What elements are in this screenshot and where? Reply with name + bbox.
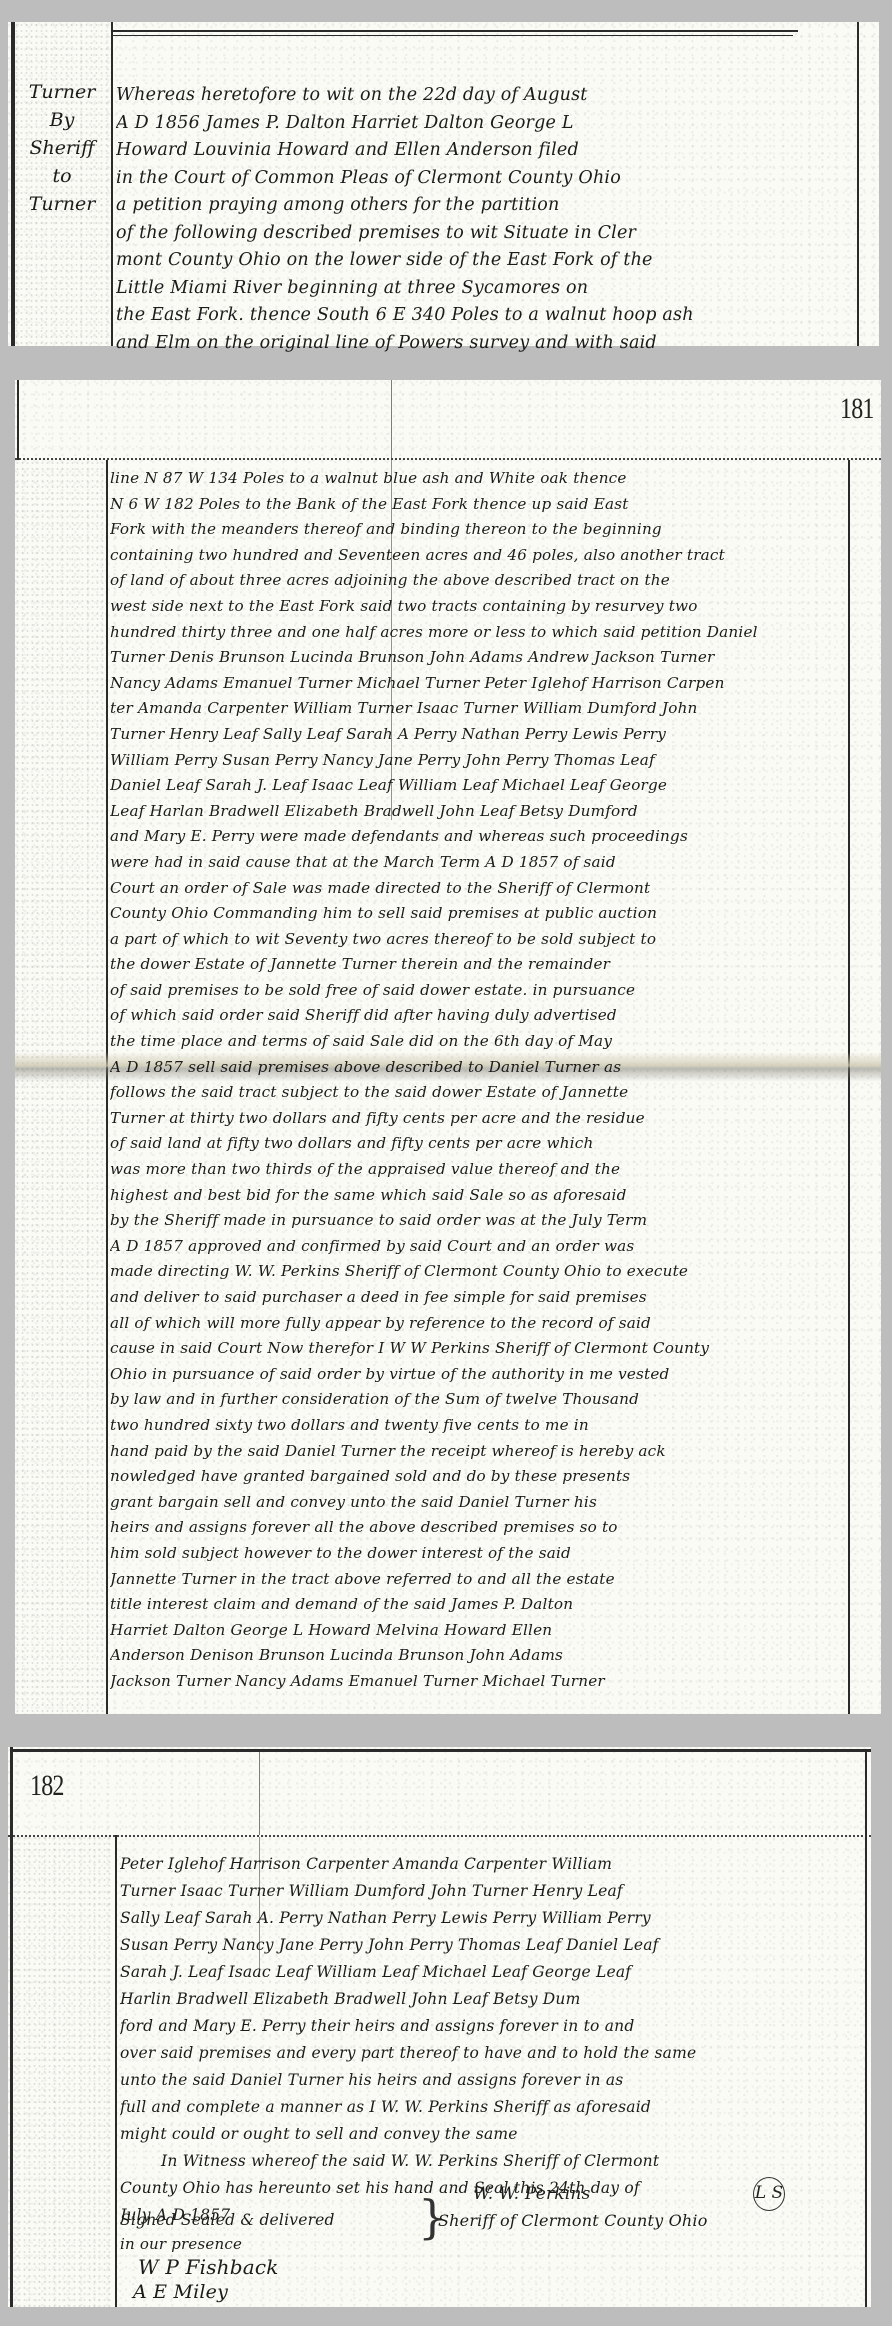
- text-line: two hundred sixty two dollars and twenty…: [110, 1413, 846, 1439]
- text-line: A D 1857 approved and confirmed by said …: [110, 1234, 846, 1260]
- text-line: a part of which to wit Seventy two acres…: [110, 927, 846, 953]
- page-number: 182: [30, 1769, 64, 1803]
- page-fragment-2: 181 line N 87 W 134 Poles to a walnut bl…: [15, 380, 881, 1714]
- margin-note-line: Sheriff: [14, 134, 110, 162]
- margin-rule: [106, 460, 108, 1714]
- text-line: of land of about three acres adjoining t…: [110, 568, 846, 594]
- page-fragment-1: Turner By Sheriff to Turner Whereas here…: [8, 22, 879, 346]
- text-line: A D 1857 sell said premises above descri…: [110, 1055, 846, 1081]
- text-line: Turner Henry Leaf Sally Leaf Sarah A Per…: [110, 722, 846, 748]
- text-line: Ohio in pursuance of said order by virtu…: [110, 1362, 846, 1388]
- text-line: Daniel Leaf Sarah J. Leaf Isaac Leaf Wil…: [110, 773, 846, 799]
- header-rule: [113, 30, 798, 32]
- page-fragment-3: 182 Peter Iglehof Harrison Carpenter Ama…: [8, 1747, 871, 2307]
- text-line: a petition praying among others for the …: [116, 192, 856, 220]
- text-line: mont County Ohio on the lower side of th…: [116, 247, 856, 275]
- text-line: of said premises to be sold free of said…: [110, 978, 846, 1004]
- margin-note-line: to: [14, 162, 110, 190]
- page-number: 181: [840, 392, 874, 426]
- text-line: Turner Denis Brunson Lucinda Brunson Joh…: [110, 645, 846, 671]
- text-line: Whereas heretofore to wit on the 22d day…: [116, 82, 856, 110]
- margin-rule: [111, 22, 113, 346]
- text-line: Court an order of Sale was made directed…: [110, 876, 846, 902]
- text-line: In Witness whereof the said W. W. Perkin…: [120, 2148, 864, 2175]
- text-line: of the following described premises to w…: [116, 220, 856, 248]
- text-line: William Perry Susan Perry Nancy Jane Per…: [110, 748, 846, 774]
- text-line: west side next to the East Fork said two…: [110, 594, 846, 620]
- left-border-rule: [10, 1747, 13, 2307]
- text-line: hundred thirty three and one half acres …: [110, 620, 846, 646]
- text-line: and Mary E. Perry were made defendants a…: [110, 824, 846, 850]
- text-line: Leaf Harlan Bradwell Elizabeth Bradwell …: [110, 799, 846, 825]
- text-line: Little Miami River beginning at three Sy…: [116, 275, 856, 303]
- margin-column: [15, 460, 105, 1714]
- margin-column: [12, 1835, 112, 2307]
- witness-signature: W P Fishback: [138, 2255, 279, 2279]
- deed-text: Peter Iglehof Harrison Carpenter Amanda …: [120, 1851, 864, 2229]
- text-line: Harlin Bradwell Elizabeth Bradwell John …: [120, 1986, 864, 2013]
- text-line: title interest claim and demand of the s…: [110, 1592, 846, 1618]
- header-rule-2: [113, 35, 793, 36]
- right-border-rule: [857, 22, 859, 346]
- text-line: made directing W. W. Perkins Sheriff of …: [110, 1259, 846, 1285]
- attestation-label: in our presence: [120, 2235, 242, 2253]
- text-line: in the Court of Common Pleas of Clermont…: [116, 165, 856, 193]
- text-line: hand paid by the said Daniel Turner the …: [110, 1439, 846, 1465]
- text-line: unto the said Daniel Turner his heirs an…: [120, 2067, 864, 2094]
- header-rule: [15, 458, 881, 460]
- text-line: by law and in further consideration of t…: [110, 1387, 846, 1413]
- text-line: Jackson Turner Nancy Adams Emanuel Turne…: [110, 1669, 846, 1695]
- text-line: Harriet Dalton George L Howard Melvina H…: [110, 1618, 846, 1644]
- text-line: containing two hundred and Seventeen acr…: [110, 543, 846, 569]
- text-line: the dower Estate of Jannette Turner ther…: [110, 952, 846, 978]
- text-line: over said premises and every part thereo…: [120, 2040, 864, 2067]
- text-line: Howard Louvinia Howard and Ellen Anderso…: [116, 137, 856, 165]
- text-line: Jannette Turner in the tract above refer…: [110, 1567, 846, 1593]
- text-line: Fork with the meanders thereof and bindi…: [110, 517, 846, 543]
- text-line: line N 87 W 134 Poles to a walnut blue a…: [110, 466, 846, 492]
- text-line: full and complete a manner as I W. W. Pe…: [120, 2094, 864, 2121]
- left-border-rule: [17, 380, 19, 460]
- witness-signature: A E Miley: [133, 2281, 228, 2303]
- text-line: Anderson Denison Brunson Lucinda Brunson…: [110, 1643, 846, 1669]
- deed-text: line N 87 W 134 Poles to a walnut blue a…: [110, 466, 846, 1695]
- text-line: cause in said Court Now therefor I W W P…: [110, 1336, 846, 1362]
- text-line: A D 1856 James P. Dalton Harriet Dalton …: [116, 110, 856, 138]
- deed-text: Whereas heretofore to wit on the 22d day…: [116, 82, 856, 357]
- text-line: were had in said cause that at the March…: [110, 850, 846, 876]
- header-rule: [8, 1835, 871, 1837]
- signature-title: Sheriff of Clermont County Ohio: [438, 2211, 708, 2230]
- text-line: Peter Iglehof Harrison Carpenter Amanda …: [120, 1851, 864, 1878]
- text-line: County Ohio Commanding him to sell said …: [110, 901, 846, 927]
- text-line: the East Fork. thence South 6 E 340 Pole…: [116, 302, 856, 330]
- text-line: by the Sheriff made in pursuance to said…: [110, 1208, 846, 1234]
- text-line: him sold subject however to the dower in…: [110, 1541, 846, 1567]
- header-column-rule: [391, 380, 392, 458]
- text-line: Turner at thirty two dollars and fifty c…: [110, 1106, 846, 1132]
- text-line: of which said order said Sheriff did aft…: [110, 1003, 846, 1029]
- text-line: all of which will more fully appear by r…: [110, 1311, 846, 1337]
- margin-note-line: Turner: [14, 78, 110, 106]
- seal-icon: L S: [753, 2177, 785, 2211]
- signature-name: W. W. Perkins: [473, 2184, 591, 2204]
- text-line: Sally Leaf Sarah A. Perry Nathan Perry L…: [120, 1905, 864, 1932]
- text-line: N 6 W 182 Poles to the Bank of the East …: [110, 492, 846, 518]
- text-line: heirs and assigns forever all the above …: [110, 1515, 846, 1541]
- text-line: highest and best bid for the same which …: [110, 1183, 846, 1209]
- text-line: Nancy Adams Emanuel Turner Michael Turne…: [110, 671, 846, 697]
- margin-note: Turner By Sheriff to Turner: [14, 78, 110, 218]
- attestation-label: Signed Sealed & delivered: [120, 2211, 335, 2229]
- margin-note-line: Turner: [14, 190, 110, 218]
- text-line: grant bargain sell and convey unto the s…: [110, 1490, 846, 1516]
- text-line: Turner Isaac Turner William Dumford John…: [120, 1878, 864, 1905]
- text-line: ter Amanda Carpenter William Turner Isaa…: [110, 696, 846, 722]
- text-line: and Elm on the original line of Powers s…: [116, 330, 856, 358]
- text-line: follows the said tract subject to the sa…: [110, 1080, 846, 1106]
- right-border-rule: [865, 1751, 867, 2307]
- text-line: Sarah J. Leaf Isaac Leaf William Leaf Mi…: [120, 1959, 864, 1986]
- header-column-rule: [259, 1751, 260, 1835]
- text-line: ford and Mary E. Perry their heirs and a…: [120, 2013, 864, 2040]
- text-line: nowledged have granted bargained sold an…: [110, 1464, 846, 1490]
- text-line: was more than two thirds of the appraise…: [110, 1157, 846, 1183]
- text-line: of said land at fifty two dollars and fi…: [110, 1131, 846, 1157]
- text-line: and deliver to said purchaser a deed in …: [110, 1285, 846, 1311]
- text-line: might could or ought to sell and convey …: [120, 2121, 864, 2148]
- right-border-rule: [848, 460, 850, 1714]
- text-line: Susan Perry Nancy Jane Perry John Perry …: [120, 1932, 864, 1959]
- margin-note-line: By: [14, 106, 110, 134]
- margin-rule: [115, 1835, 117, 2307]
- top-border-rule: [10, 1749, 871, 1752]
- text-line: the time place and terms of said Sale di…: [110, 1029, 846, 1055]
